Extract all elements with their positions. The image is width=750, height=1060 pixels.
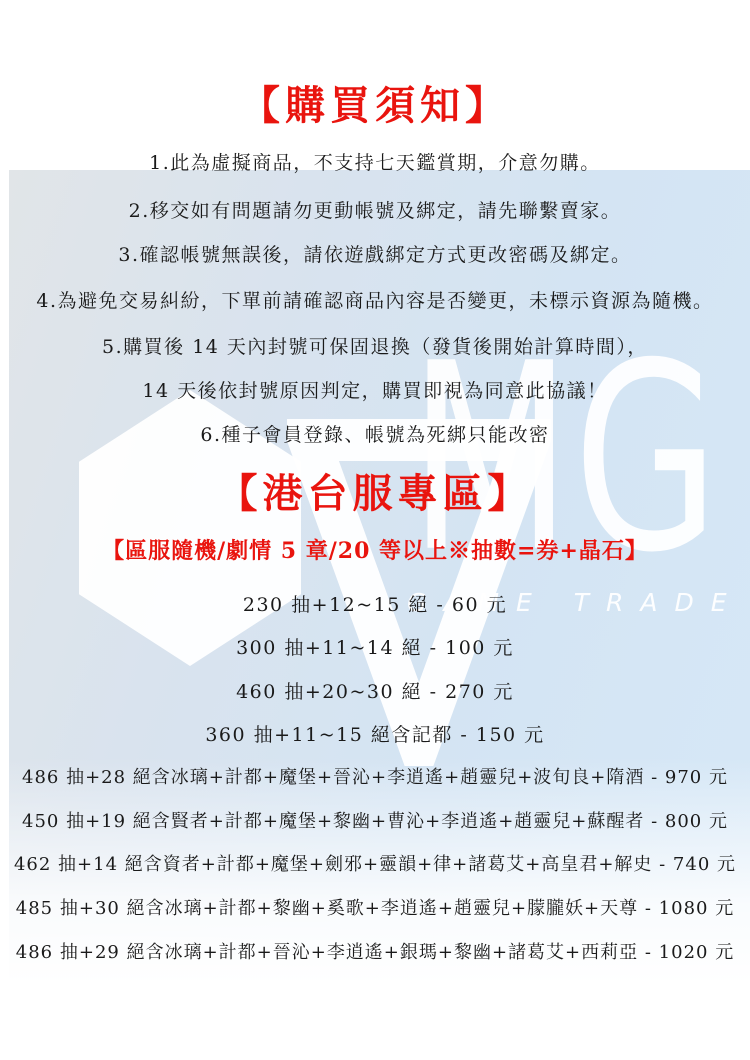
notice-item-5-continued: 14 天後依封號原因判定，購買即視為同意此協議！	[0, 376, 750, 403]
section-title: 【港台服專區】	[0, 462, 750, 519]
price-line-3: 460 抽+20~30 絕 - 270 元	[0, 677, 750, 704]
notice-item-2: 2.移交如有問題請勿更動帳號及綁定，請先聯繫賣家。	[0, 196, 750, 223]
price-line-5: 486 抽+28 絕含冰璃+計都+魔堡+晉沁+李逍遙+趙靈兒+波旬良+隋酒 - …	[0, 763, 750, 789]
price-line-4: 360 抽+11~15 絕含記都 - 150 元	[0, 720, 750, 747]
price-line-7: 462 抽+14 絕含資者+計都+魔堡+劍邪+靈韻+律+諸葛艾+高皇君+解史 -…	[0, 850, 750, 876]
price-line-6: 450 抽+19 絕含賢者+計都+魔堡+黎幽+曹沁+李逍遙+趙靈兒+蘇醒者 - …	[0, 807, 750, 833]
price-line-9: 486 抽+29 絕含冰璃+計都+晉沁+李逍遙+銀瑪+黎幽+諸葛艾+西莉亞 - …	[0, 938, 750, 964]
notice-item-5: 5.購買後 14 天內封號可保固退換（發貨後開始計算時間），	[0, 332, 750, 359]
notice-item-3: 3.確認帳號無誤後，請依遊戲綁定方式更改密碼及綁定。	[0, 240, 750, 267]
price-line-8: 485 抽+30 絕含冰璃+計都+黎幽+奚歌+李逍遙+趙靈兒+朦朧妖+天尊 - …	[0, 894, 750, 920]
section-subtitle: 【區服隨機/劇情 5 章/20 等以上※抽數=券+晶石】	[0, 534, 750, 565]
document-content: 【購買須知】 1.此為虛擬商品，不支持七天鑑賞期，介意勿購。 2.移交如有問題請…	[0, 0, 750, 1060]
document-page: MG GAME TRADE 【購買須知】 1.此為虛擬商品，不支持七天鑑賞期，介…	[0, 0, 750, 1060]
notice-item-1: 1.此為虛擬商品，不支持七天鑑賞期，介意勿購。	[0, 148, 750, 175]
notice-title: 【購買須知】	[0, 74, 750, 131]
price-line-2: 300 抽+11~14 絕 - 100 元	[0, 633, 750, 660]
notice-item-4: 4.為避免交易糾紛，下單前請確認商品內容是否變更，未標示資源為隨機。	[0, 286, 750, 313]
price-line-1: 230 抽+12~15 絕 - 60 元	[0, 590, 750, 617]
notice-item-6: 6.種子會員登錄、帳號為死綁只能改密	[0, 420, 750, 447]
